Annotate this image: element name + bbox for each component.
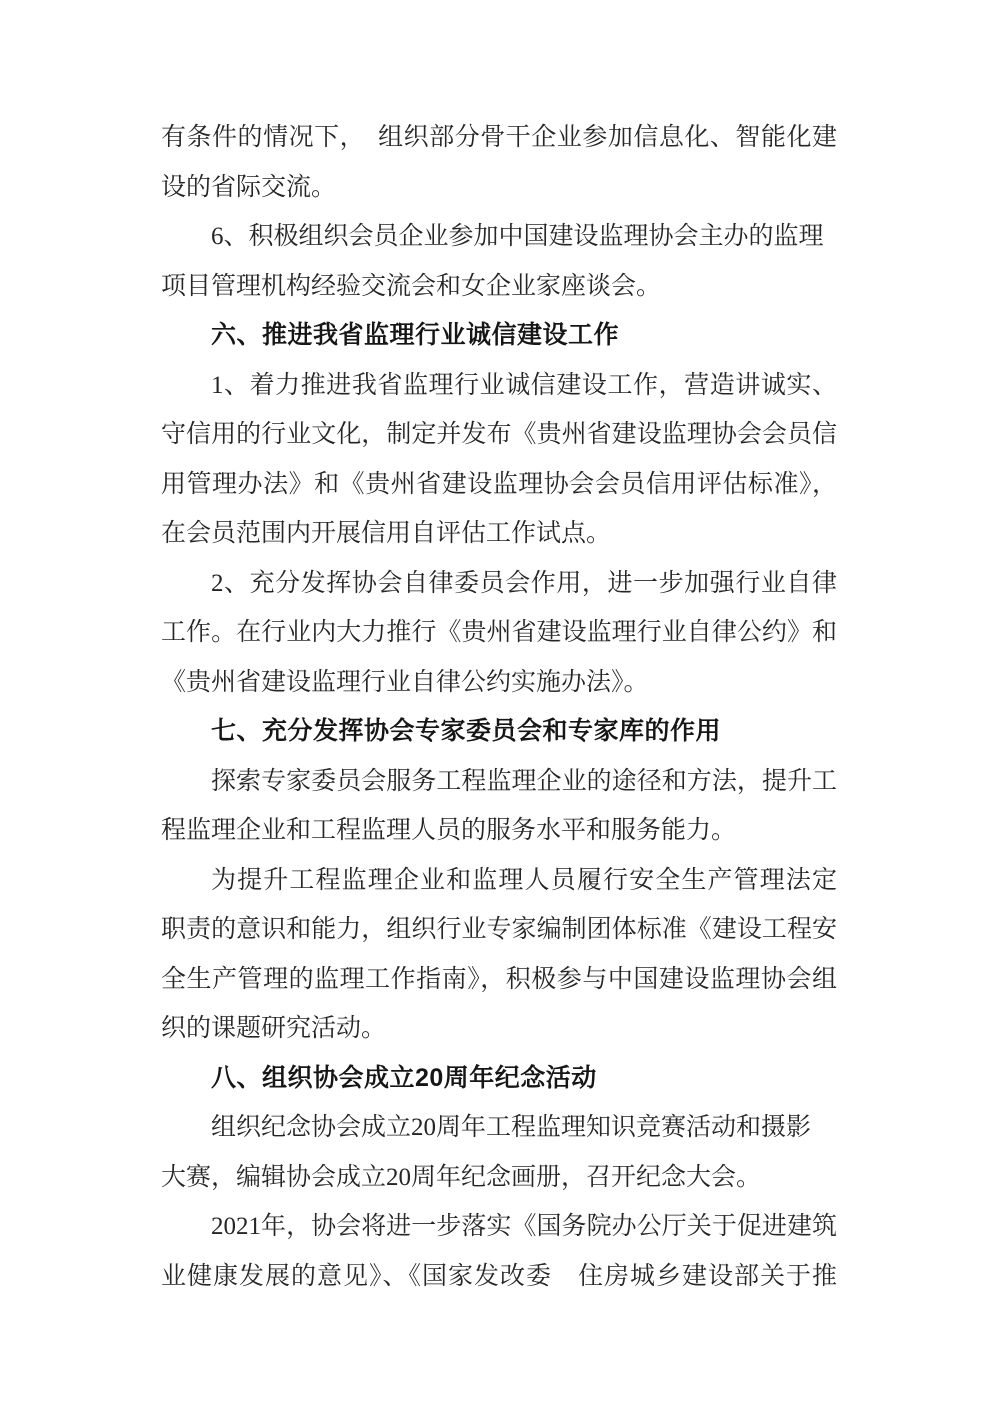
document-page: 有条件的情况下， 组织部分骨干企业参加信息化、智能化建设的省际交流。6、积极组织… [0, 0, 1000, 1413]
text-line: 有条件的情况下， 组织部分骨干企业参加信息化、智能化建 [161, 113, 837, 163]
text-line: 全生产管理的监理工作指南》，积极参与中国建设监理协会组 [161, 955, 837, 1005]
text-line: 项目管理机构经验交流会和女企业家座谈会。 [161, 262, 837, 312]
text-line: 6、积极组织会员企业参加中国建设监理协会主办的监理 [161, 212, 837, 262]
text-line: 用管理办法》和《贵州省建设监理协会会员信用评估标准》， [161, 460, 837, 510]
text-line: 探索专家委员会服务工程监理企业的途径和方法，提升工 [161, 757, 837, 807]
text-line: 设的省际交流。 [161, 163, 837, 213]
text-line: 在会员范围内开展信用自评估工作试点。 [161, 509, 837, 559]
text-line: 组织纪念协会成立20周年工程监理知识竞赛活动和摄影 [161, 1103, 837, 1153]
text-line: 《贵州省建设监理行业自律公约实施办法》。 [161, 658, 837, 708]
text-line: 程监理企业和工程监理人员的服务水平和服务能力。 [161, 806, 837, 856]
text-line: 2021年，协会将进一步落实《国务院办公厅关于促进建筑 [161, 1202, 837, 1252]
text-line: 业健康发展的意见》、《国家发改委 住房城乡建设部关于推 [161, 1252, 837, 1302]
heading-line: 六、推进我省监理行业诚信建设工作 [161, 311, 837, 361]
heading-line: 八、组织协会成立20周年纪念活动 [161, 1054, 837, 1104]
text-line: 为提升工程监理企业和监理人员履行安全生产管理法定 [161, 856, 837, 906]
document-body: 有条件的情况下， 组织部分骨干企业参加信息化、智能化建设的省际交流。6、积极组织… [161, 113, 837, 1301]
heading-line: 七、充分发挥协会专家委员会和专家库的作用 [161, 707, 837, 757]
text-line: 守信用的行业文化，制定并发布《贵州省建设监理协会会员信 [161, 410, 837, 460]
text-line: 1、着力推进我省监理行业诚信建设工作，营造讲诚实、 [161, 361, 837, 411]
text-line: 工作。在行业内大力推行《贵州省建设监理行业自律公约》和 [161, 608, 837, 658]
text-line: 职责的意识和能力，组织行业专家编制团体标准《建设工程安 [161, 905, 837, 955]
text-line: 2、充分发挥协会自律委员会作用，进一步加强行业自律 [161, 559, 837, 609]
text-line: 大赛，编辑协会成立20周年纪念画册，召开纪念大会。 [161, 1153, 837, 1203]
text-line: 织的课题研究活动。 [161, 1004, 837, 1054]
